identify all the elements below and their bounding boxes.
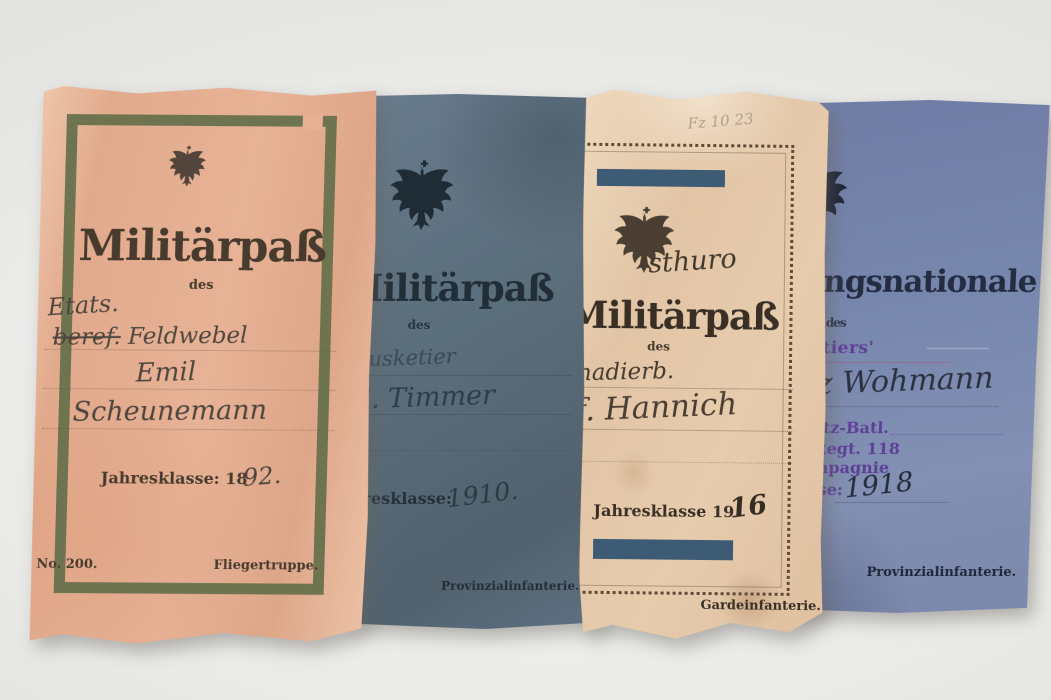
des-label: des bbox=[826, 316, 846, 330]
doc-title: Militärpaß bbox=[352, 266, 554, 310]
handwritten-name: f. Hannich bbox=[578, 386, 738, 429]
handwritten-name: l. Timmer bbox=[362, 380, 495, 416]
ink-scribble: sthuro bbox=[647, 243, 737, 279]
ruled-line bbox=[891, 434, 1003, 435]
ruled-line bbox=[355, 450, 571, 451]
ruled-line bbox=[357, 375, 573, 376]
handwritten-rank: nadierb. bbox=[578, 358, 674, 386]
document-militaerpass-1910: Militärpaß des Musketier l. Timmer reskl… bbox=[352, 94, 602, 629]
ruled-line bbox=[836, 502, 948, 503]
handwritten-first-name: Emil bbox=[136, 357, 196, 389]
year-label: Jahresklasse: 18 bbox=[101, 468, 248, 488]
paper-cream: Fz 10 23 sthuro Militärpaß des nadierb. … bbox=[578, 87, 829, 641]
footer-number: No. 200. bbox=[36, 557, 97, 572]
handwritten-year: 92. bbox=[242, 461, 282, 492]
frame-corner-break bbox=[303, 114, 323, 130]
document-militaerpass-1916: Fz 10 23 sthuro Militärpaß des nadierb. … bbox=[578, 87, 829, 641]
redaction-bar-bottom bbox=[593, 539, 733, 560]
footer-branch: Provinzialinfanterie. bbox=[441, 579, 579, 593]
paper-blue-grey: Militärpaß des Musketier l. Timmer reskl… bbox=[352, 94, 602, 629]
year-label: resklasse: bbox=[362, 489, 452, 508]
des-label: des bbox=[647, 339, 670, 353]
footer-branch: Gardeinfanterie. bbox=[700, 598, 821, 614]
handwritten-entry: Etats. bbox=[47, 289, 119, 321]
footer-branch: Fliegertruppe. bbox=[213, 558, 318, 574]
handwritten-year: 1918 bbox=[844, 466, 915, 504]
rank-word: Feldwebel bbox=[128, 323, 248, 350]
imperial-eagle-icon bbox=[167, 142, 211, 196]
ruled-line bbox=[356, 414, 572, 415]
doc-title: Militärpaß bbox=[39, 221, 366, 273]
des-label: des bbox=[408, 318, 431, 332]
pencil-note: Fz 10 23 bbox=[687, 110, 754, 133]
handwritten-year: 1910. bbox=[445, 476, 519, 514]
doc-title: Militärpaß bbox=[578, 293, 779, 339]
ruled-line bbox=[927, 348, 989, 349]
footer-branch: Provinzialinfanterie. bbox=[866, 565, 1016, 580]
imperial-eagle-icon bbox=[387, 160, 460, 240]
struck-word: beref. bbox=[53, 324, 121, 351]
year-label: Jahresklasse 19 bbox=[593, 501, 734, 521]
handwritten-rank: beref. Feldwebel bbox=[53, 323, 248, 351]
document-militaerpass-1892: Militärpaß des Etats. beref. Feldwebel E… bbox=[28, 85, 380, 645]
photo-of-military-passes: ungsnationale des ketiers' itz Wohmann r… bbox=[0, 0, 1051, 700]
redaction-bar-top bbox=[597, 169, 725, 187]
doc-title: ungsnationale bbox=[801, 264, 1037, 300]
handwritten-year: 16 bbox=[728, 489, 769, 525]
paper-salmon: Militärpaß des Etats. beref. Feldwebel E… bbox=[28, 85, 380, 645]
handwritten-last-name: Scheunemann bbox=[73, 395, 268, 428]
